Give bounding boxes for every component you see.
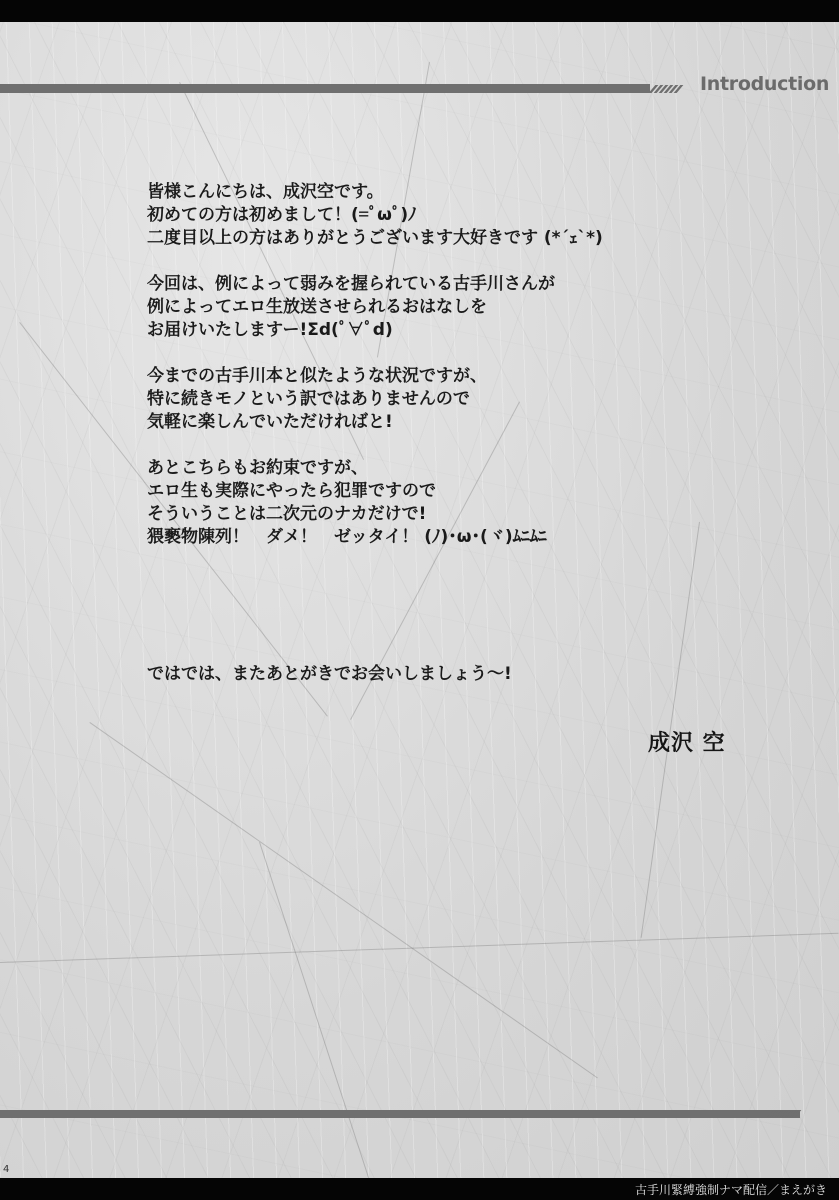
text-line: 例によってエロ生放送させられるおはなしを	[147, 296, 747, 319]
page-number: 4	[3, 1164, 9, 1175]
scratch-line	[0, 933, 839, 963]
text-line: あとこちらもお約束ですが、	[147, 457, 747, 480]
paragraph-greeting: 皆様こんにちは、成沢空です。 初めての方は初めまして！(=ﾟωﾟ)ﾉ 二度目以上…	[147, 181, 747, 250]
text-line: 今までの古手川本と似たような状況ですが、	[147, 365, 747, 388]
paragraph-context: 今までの古手川本と似たような状況ですが、 特に続きモノという訳ではありませんので…	[147, 365, 747, 434]
text-line: そういうことは二次元のナカだけで!	[147, 503, 747, 526]
document-page: Introduction 皆様こんにちは、成沢空です。 初めての方は初めまして！…	[0, 0, 839, 1200]
section-title: Introduction	[700, 73, 829, 95]
author-signature: 成沢 空	[648, 726, 726, 757]
text-line: エロ生も実際にやったら犯罪ですので	[147, 480, 747, 503]
text-line: お届けいたしますー!Σd(ﾟ∀ﾟd)	[147, 319, 747, 342]
header-rule	[0, 84, 650, 93]
header-stripe-decoration	[652, 85, 680, 93]
footer-rule	[0, 1110, 800, 1118]
introduction-body: 皆様こんにちは、成沢空です。 初めての方は初めまして！(=ﾟωﾟ)ﾉ 二度目以上…	[147, 181, 747, 572]
scratch-line	[89, 722, 597, 1078]
text-line: 初めての方は初めまして！(=ﾟωﾟ)ﾉ	[147, 204, 747, 227]
closing-line: ではでは、またあとがきでお会いしましょう～!	[147, 659, 512, 684]
text-line: 気軽に楽しんでいただければと!	[147, 411, 747, 434]
top-black-band	[0, 0, 839, 22]
text-line: 特に続きモノという訳ではありませんので	[147, 388, 747, 411]
running-footer-title: 古手川緊縛強制ナマ配信／まえがき	[635, 1181, 827, 1198]
text-line: 皆様こんにちは、成沢空です。	[147, 181, 747, 204]
text-line: 猥褻物陳列！ ダメ！ ゼッタイ！ (ﾉ)･ω･(ヾ)ﾑﾆﾑﾆ	[147, 526, 747, 549]
scratch-line	[259, 842, 377, 1200]
paragraph-disclaimer: あとこちらもお約束ですが、 エロ生も実際にやったら犯罪ですので そういうことは二…	[147, 457, 747, 549]
text-line: 二度目以上の方はありがとうございます大好きです (*´ｪ`*)	[147, 227, 747, 250]
paragraph-story: 今回は、例によって弱みを握られている古手川さんが 例によってエロ生放送させられる…	[147, 273, 747, 342]
footer-stripe-decoration	[770, 1110, 798, 1118]
text-line: 今回は、例によって弱みを握られている古手川さんが	[147, 273, 747, 296]
